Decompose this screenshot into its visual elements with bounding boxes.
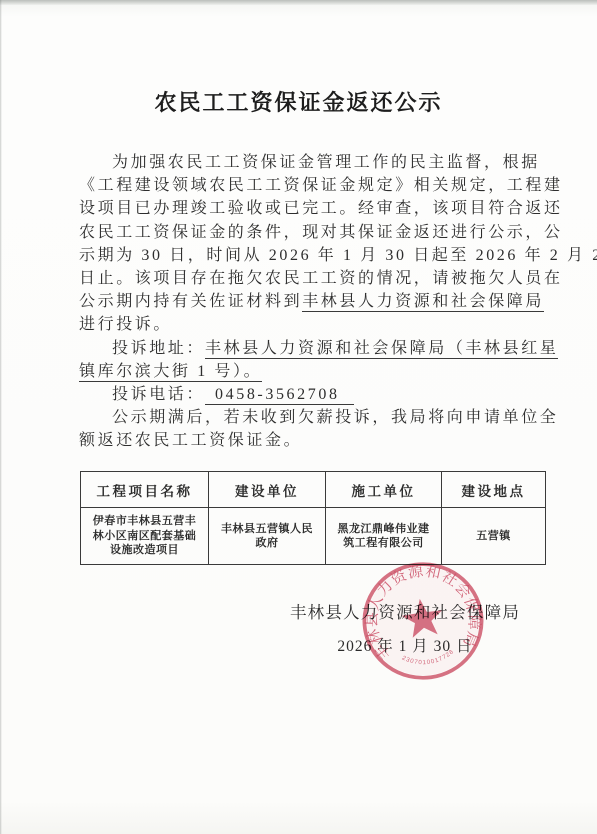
table-header-row: 工程项目名称 建设单位 施工单位 建设地点	[81, 472, 546, 508]
underlined-text: 镇库尔滨大街 1 号）。	[79, 363, 262, 382]
body-line: 农民工工资保证金的条件，现对其保证金返还进行公示，公	[79, 221, 544, 244]
scan-top-edge	[0, 0, 597, 5]
body-line: 日止。该项目存在拖欠农民工工资的情况，请被拖欠人员在	[79, 267, 544, 290]
body-text-segment: 额返还农民工工资保证金。	[79, 432, 302, 449]
body-line: 公示期内持有关佐证材料到丰林县人力资源和社会保障局	[79, 290, 544, 313]
body-text-segment: 示期为 30 日，时间从 2026 年 1 月 30 日起至 2026 年 2 …	[79, 247, 597, 264]
table-row: 伊春市丰林县五营丰林小区南区配套基础设施改造项目 丰林县五营镇人民政府 黑龙江鼎…	[81, 508, 546, 565]
underlined-text: 丰林县人力资源和社会保障局（丰林县红星	[205, 340, 558, 359]
body-line: 示期为 30 日，时间从 2026 年 1 月 30 日起至 2026 年 2 …	[79, 244, 544, 267]
body-line: 进行投诉。	[79, 313, 544, 336]
cell-project-name: 伊春市丰林县五营丰林小区南区配套基础设施改造项目	[81, 508, 209, 565]
body-line: 额返还农民工工资保证金。	[79, 429, 544, 452]
body-line: 投诉地址：丰林县人力资源和社会保障局（丰林县红星	[79, 337, 544, 360]
signature-date: 2026 年 1 月 30 日	[258, 634, 552, 656]
project-table: 工程项目名称 建设单位 施工单位 建设地点 伊春市丰林县五营丰林小区南区配套基础…	[80, 471, 546, 565]
body-line: 镇库尔滨大街 1 号）。	[79, 360, 544, 383]
col-header-location: 建设地点	[442, 472, 546, 508]
col-header-construction-unit: 建设单位	[209, 472, 326, 508]
body-text-segment: 为加强农民工工资保证金管理工作的民主监督，根据	[112, 154, 540, 171]
body-text-segment: 公示期内持有关佐证材料到	[79, 293, 302, 310]
body-line: 《工程建设领域农民工工资保证金规定》相关规定，工程建	[79, 174, 544, 197]
body-line: 投诉电话：0458-3562708	[79, 383, 544, 406]
body-text-segment: 投诉地址：	[112, 340, 205, 357]
body-line: 公示期满后，若未收到欠薪投诉，我局将向申请单位全	[79, 406, 544, 429]
document-page: 农民工工资保证金返还公示 为加强农民工工资保证金管理工作的民主监督，根据 《工程…	[0, 0, 597, 834]
body-text-segment: 投诉电话：	[112, 386, 205, 403]
body-text-segment: 日止。该项目存在拖欠农民工工资的情况，请被拖欠人员在	[79, 270, 563, 287]
signature-agency: 丰林县人力资源和社会保障局	[258, 599, 552, 623]
page-title: 农民工工资保证金返还公示	[0, 86, 597, 117]
body-line: 为加强农民工工资保证金管理工作的民主监督，根据	[79, 151, 544, 174]
col-header-project-name: 工程项目名称	[81, 472, 209, 508]
signature-block: 丰林县人力资源和社会保障局 2026 年 1 月 30 日	[258, 599, 552, 656]
cell-location: 五营镇	[442, 508, 546, 565]
scan-left-edge	[0, 0, 2, 834]
body-text-segment: 进行投诉。	[79, 316, 172, 333]
underlined-text: 丰林县人力资源和社会保障局	[302, 293, 544, 312]
cell-construction-unit: 丰林县五营镇人民政府	[209, 508, 326, 565]
body-text-segment: 农民工工资保证金的条件，现对其保证金返还进行公示，公	[79, 224, 563, 241]
notice-body: 为加强农民工工资保证金管理工作的民主监督，根据 《工程建设领域农民工工资保证金规…	[79, 151, 544, 453]
cell-contractor: 黑龙江鼎峰伟业建筑工程有限公司	[326, 508, 442, 565]
body-text-segment: 《工程建设领域农民工工资保证金规定》相关规定，工程建	[79, 177, 563, 194]
body-line: 设项目已办理竣工验收或已完工。经审查，该项目符合返还	[79, 197, 544, 220]
body-text-segment: 设项目已办理竣工验收或已完工。经审查，该项目符合返还	[79, 200, 563, 217]
complaint-phone: 0458-3562708	[205, 386, 354, 405]
body-text-segment: 公示期满后，若未收到欠薪投诉，我局将向申请单位全	[112, 409, 558, 426]
col-header-contractor: 施工单位	[326, 472, 442, 508]
